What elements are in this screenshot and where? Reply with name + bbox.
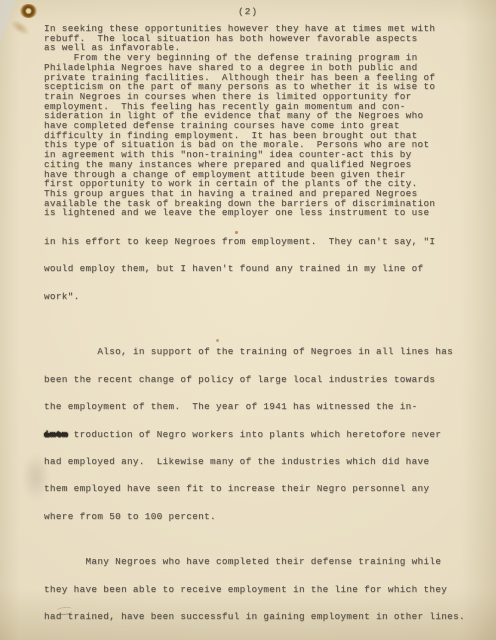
- stain-smudge: [8, 17, 32, 39]
- document-page: (2) In seeking these opportunities howev…: [0, 0, 496, 640]
- finger-smudge: [22, 452, 50, 502]
- paragraph-policy-change-cont: had employed any. Likewise many of the i…: [44, 448, 476, 530]
- page-number: (2): [20, 6, 476, 18]
- ink-speck: [216, 339, 219, 342]
- paragraph-employer-quote: in his effort to keep Negroes from emplo…: [44, 228, 476, 310]
- line-with-correction: imtm troduction of Negro workers into pl…: [44, 421, 476, 448]
- paragraph-policy-change: Also, in support of the training of Negr…: [44, 338, 476, 420]
- paragraph-training-success: Many Negroes who have completed their de…: [44, 548, 476, 630]
- ink-speck: [235, 231, 238, 234]
- paragraph-intro: In seeking these opportunities however t…: [44, 24, 476, 218]
- line-remainder: troduction of Negro workers into plants …: [68, 429, 442, 440]
- rust-stain: [20, 4, 37, 18]
- strikethrough-word: imtm: [44, 429, 68, 440]
